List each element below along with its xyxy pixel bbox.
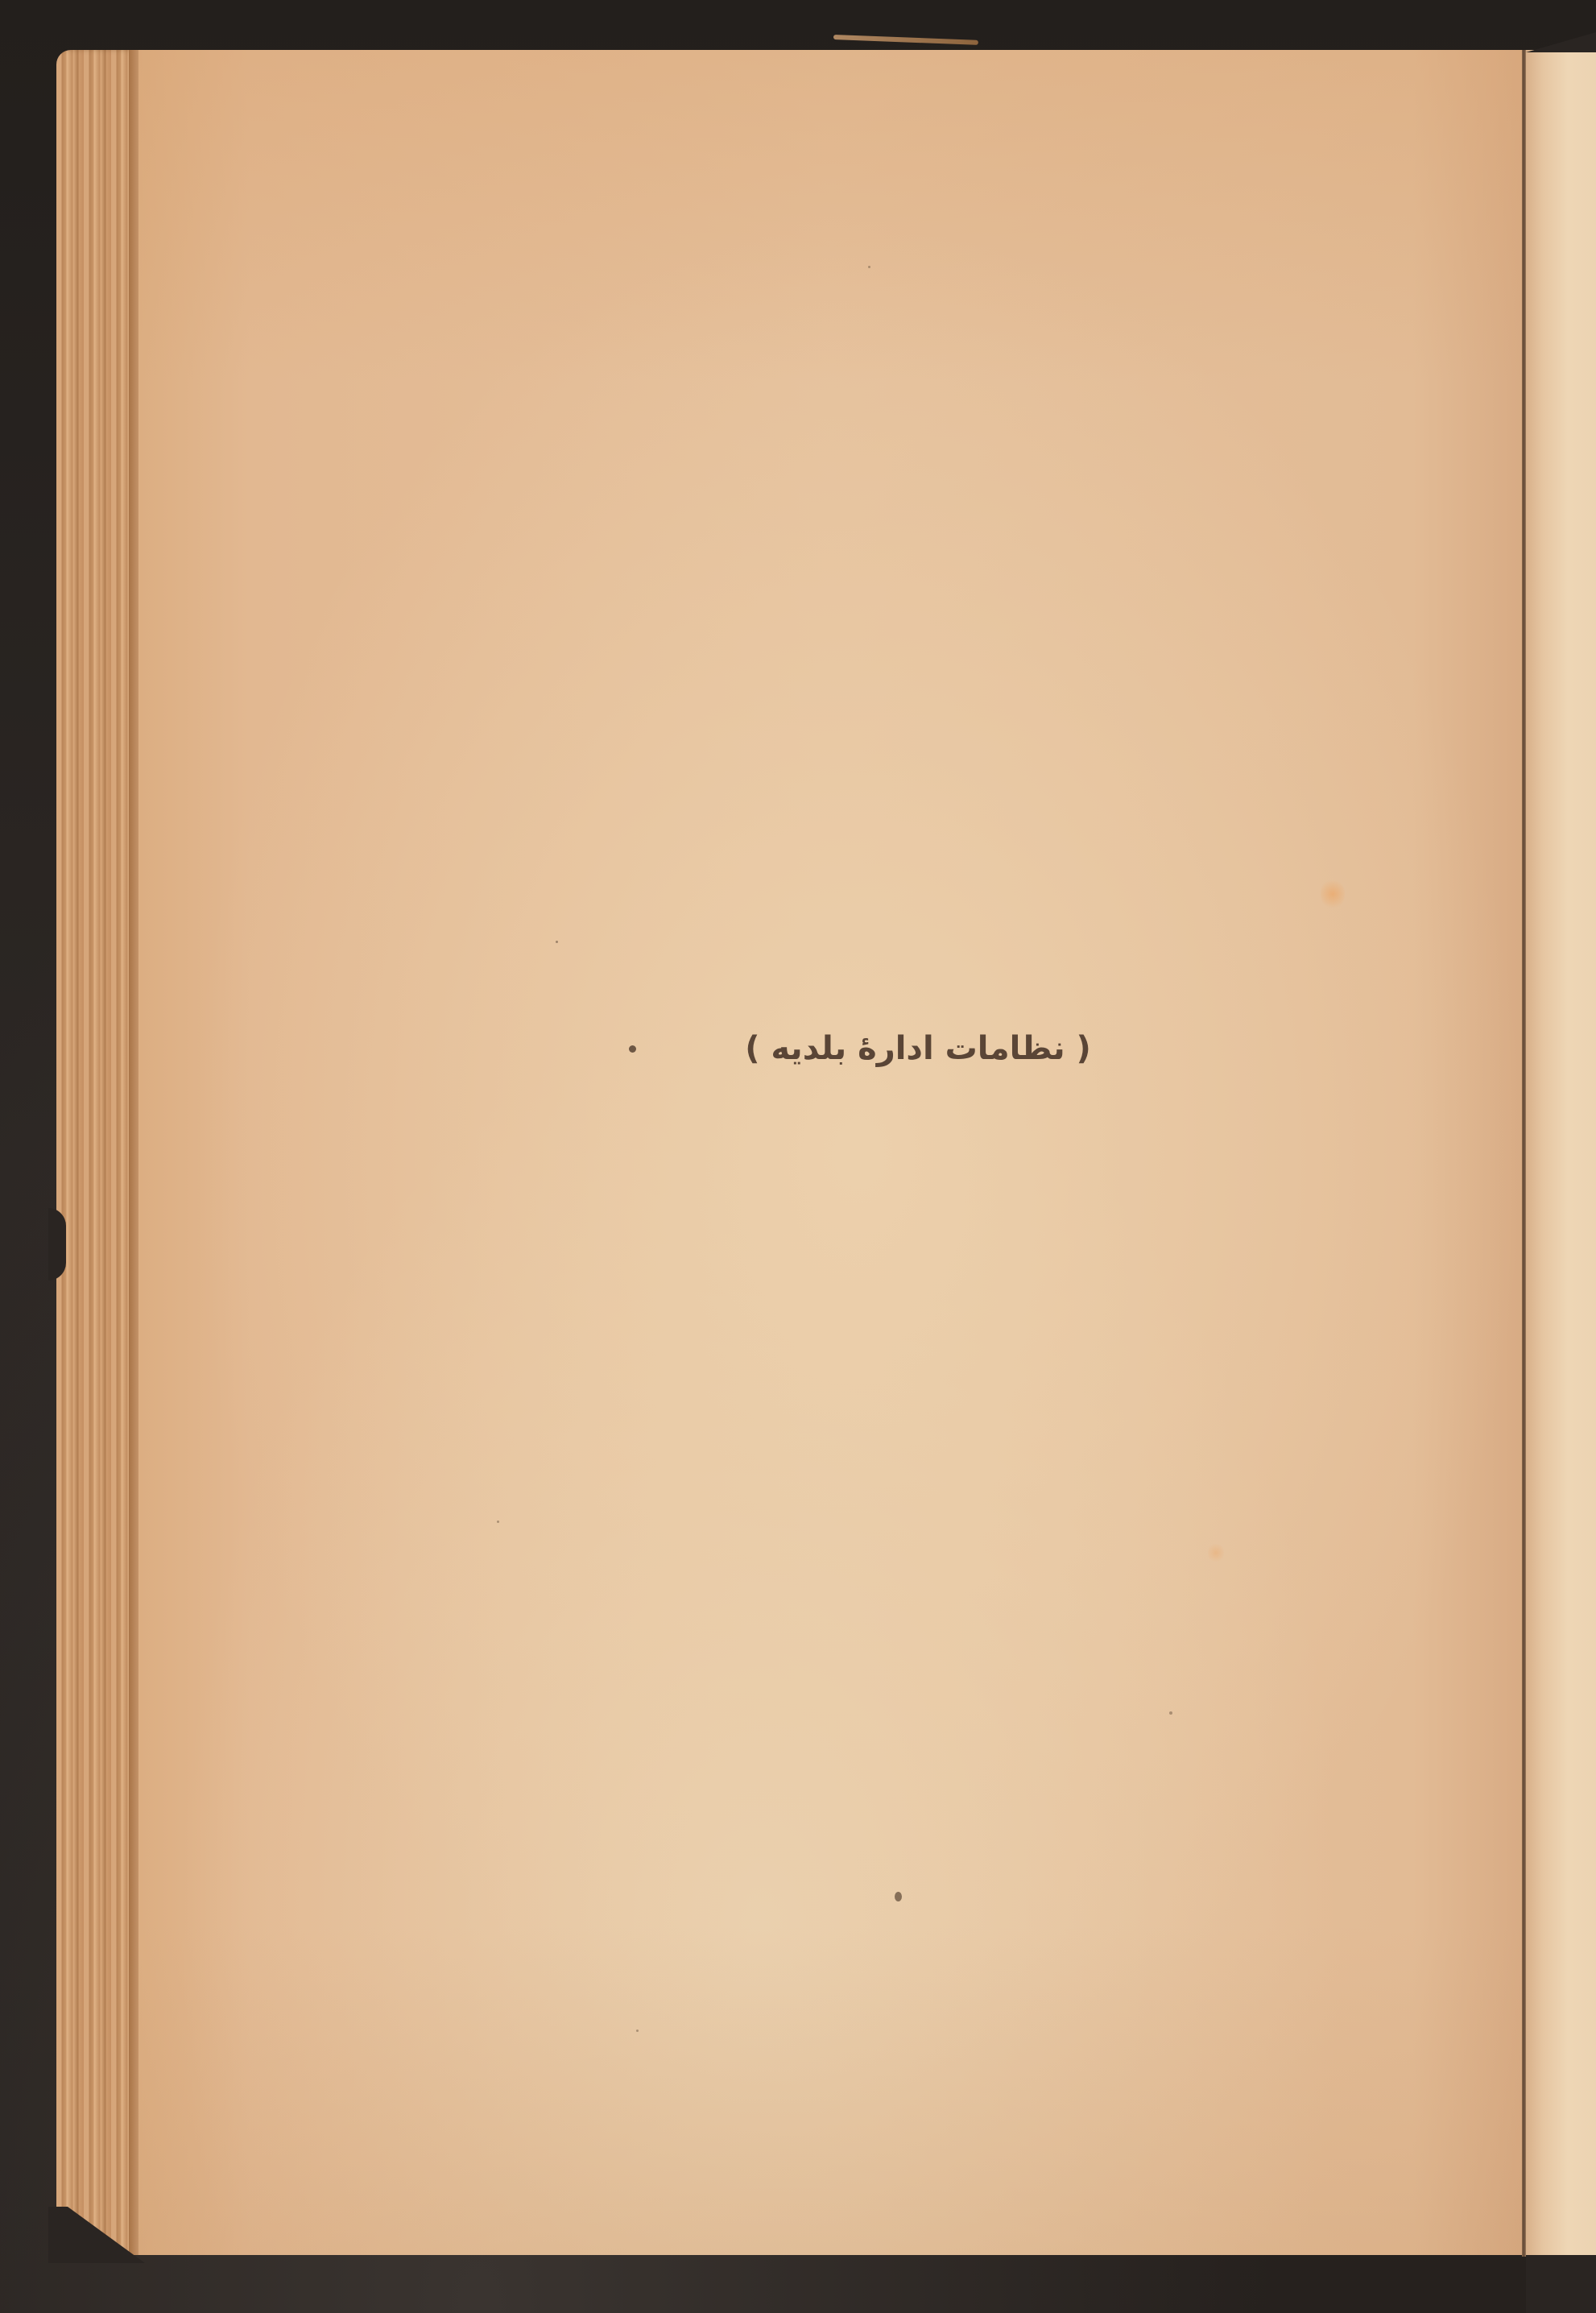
paper-speck [497,1521,499,1523]
paper-speck [556,941,558,943]
paper-speck [636,2030,639,2032]
paper-speck [629,1045,636,1053]
paper-stain [1321,878,1345,910]
page-title: ( نظامات ادارهٔ بلدیه ) [709,1016,1127,1081]
left-page [56,50,1524,2255]
paper-speck [1169,1711,1172,1715]
paper-speck [868,266,870,268]
page-surface [139,50,1524,2255]
fore-edge-notch [48,1208,66,1281]
paper-speck [895,1892,902,1901]
page-fore-edge [56,50,139,2255]
right-page-bottom-shadow [1526,2255,1596,2313]
paper-stain [1208,1542,1224,1563]
right-page-edge [1526,50,1596,2255]
